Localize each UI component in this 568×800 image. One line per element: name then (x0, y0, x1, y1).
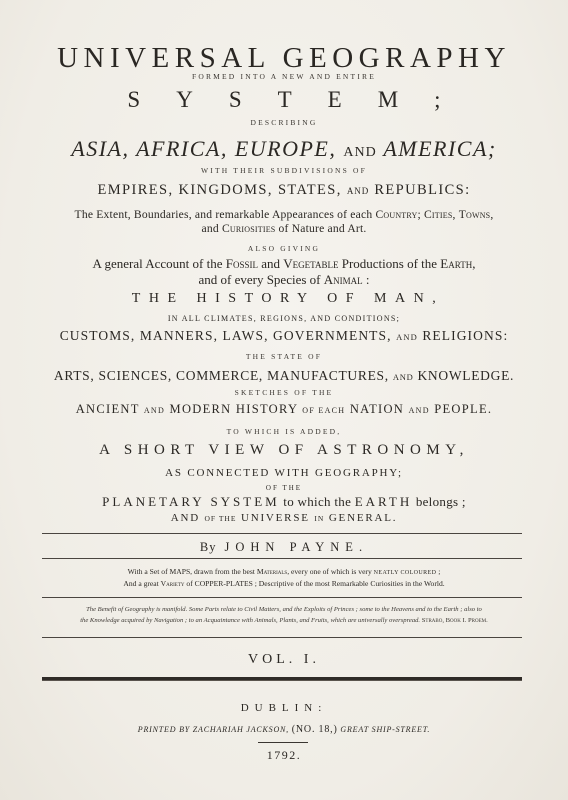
variety-word: Variety (161, 579, 185, 588)
author-line: ByJOHN PAYNE. (0, 540, 568, 555)
astronomy-line: A SHORT VIEW OF ASTRONOMY, (0, 442, 568, 459)
africa: AFRICA, (136, 136, 228, 161)
printer-line: Printed by Zachariah Jackson, (No. 18,) … (0, 724, 568, 735)
citation: Strabo, Book I. Proem. (422, 617, 488, 624)
arts-end: KNOWLEDGE. (417, 368, 514, 383)
asia: ASIA, (71, 136, 129, 161)
climates-line: in all climates, regions, and conditions… (0, 314, 568, 323)
animal-word: Animal (324, 272, 363, 287)
earth-word: EARTH (355, 494, 413, 509)
formed-line: Formed into a new and entire (0, 72, 568, 81)
and-word: AND (171, 512, 200, 524)
connected-line: AS CONNECTED WITH GEOGRAPHY; (0, 467, 568, 479)
in-word: IN (314, 514, 324, 523)
subdivisions-line: with their subdivisions of (0, 166, 568, 175)
and-word: AND (144, 406, 165, 415)
epigraph-line-2: the Knowledge acquired by Navigation ; t… (0, 616, 568, 626)
ancient-word: ANCIENT (76, 402, 140, 416)
divider-rule (42, 533, 522, 534)
and-word: AND (409, 406, 430, 415)
planetary-line: PLANETARY SYSTEM to which the EARTH belo… (0, 494, 568, 510)
and-word: AND (343, 145, 376, 160)
text: With a Set of MAPS, drawn from the best (128, 567, 257, 576)
universe-word: UNIVERSE (241, 512, 310, 524)
extent-line-2: and Curiosities of Nature and Art. (0, 222, 568, 236)
sketches-line: sketches of the (0, 388, 568, 397)
modern-history-words: MODERN HISTORY (170, 402, 298, 416)
title-page: UNIVERSAL GEOGRAPHY Formed into a new an… (0, 0, 568, 800)
and-word: AND (393, 372, 414, 382)
printer-name: Printed by Zachariah Jackson, (138, 725, 292, 734)
general-word: GENERAL. (329, 512, 397, 524)
state-of-line: the state of (0, 352, 568, 361)
text: The Extent, Boundaries, and remarkable A… (75, 208, 373, 221)
customs-end: RELIGIONS: (422, 328, 508, 343)
year-line: 1792. (0, 748, 568, 763)
and-word: AND (347, 186, 370, 196)
describing-line: Describing (0, 118, 568, 127)
america: AMERICA; (383, 136, 496, 161)
history-of-man-line: THE HISTORY OF MAN, (0, 291, 568, 307)
general-account-line-1: A general Account of the Fossil and Vege… (0, 256, 568, 272)
to-which-added-line: to which is added, (0, 427, 568, 436)
by-word: By (200, 540, 217, 554)
cities-word: Cities (424, 208, 452, 221)
towns-word: Towns (459, 208, 491, 221)
vegetable-word: Vegetable (283, 256, 338, 271)
text: , (472, 256, 475, 271)
customs-main: CUSTOMS, MANNERS, LAWS, GOVERNMENTS, (60, 328, 392, 343)
text: belongs ; (412, 494, 466, 509)
empires-line: EMPIRES, KINGDOMS, STATES, AND REPUBLICS… (0, 182, 568, 199)
fossil-word: Fossil (226, 256, 258, 271)
of-each-words: OF EACH (302, 406, 345, 415)
empires-main: EMPIRES, KINGDOMS, STATES, (97, 182, 341, 198)
text: And a great (123, 579, 160, 588)
planetary-system-words: PLANETARY SYSTEM (102, 494, 280, 509)
empires-end: REPUBLICS: (374, 182, 470, 198)
text: of COPPER-PLATES ; Descriptive of the mo… (185, 579, 445, 588)
arts-main: ARTS, SCIENCES, COMMERCE, MANUFACTURES, (54, 368, 389, 383)
continents-line: ASIA, AFRICA, EUROPE, AND AMERICA; (0, 136, 568, 162)
text: of Nature and Art. (275, 222, 366, 235)
epigraph-line-1: The Benefit of Geography is manifold. So… (0, 605, 568, 615)
neatly-coloured-words: neatly coloured (374, 570, 437, 576)
text: the Knowledge acquired by Navigation ; t… (80, 617, 422, 624)
nation-word: NATION (350, 402, 404, 416)
earth-word: Earth (440, 256, 472, 271)
text: to which the (280, 494, 355, 509)
printer-number: (No. 18,) (292, 724, 338, 735)
text: and of every Species of (198, 272, 323, 287)
text: A general Account of the (93, 256, 226, 271)
customs-line: CUSTOMS, MANNERS, LAWS, GOVERNMENTS, AND… (0, 328, 568, 344)
city-line: DUBLIN: (0, 702, 568, 714)
of-the-line: OF THE (0, 484, 568, 492)
arts-line: ARTS, SCIENCES, COMMERCE, MANUFACTURES, … (0, 368, 568, 384)
text: ; (436, 567, 440, 576)
europe: EUROPE, (235, 136, 337, 161)
country-word: Country (375, 208, 417, 221)
divider-rule (42, 558, 522, 559)
general-account-line-2: and of every Species of Animal : (0, 272, 568, 288)
people-word: PEOPLE. (434, 402, 492, 416)
also-giving-line: also giving (0, 244, 568, 253)
materials-word: Materials (257, 567, 287, 576)
short-rule (258, 742, 308, 743)
universe-line: AND OF THE UNIVERSE IN GENERAL. (0, 512, 568, 524)
text: : (363, 272, 370, 287)
main-title: UNIVERSAL GEOGRAPHY (0, 42, 568, 75)
printer-street: Great Ship-Street. (338, 725, 431, 734)
text: , every one of which is very (287, 567, 373, 576)
text: Productions of the (338, 256, 440, 271)
divider-rule (42, 637, 522, 638)
of-the-words: OF THE (205, 514, 237, 523)
system-line: SYSTEM; (0, 87, 568, 113)
ancient-modern-line: ANCIENT AND MODERN HISTORY OF EACH NATIO… (0, 402, 568, 417)
extent-line-1: The Extent, Boundaries, and remarkable A… (0, 208, 568, 222)
divider-rule (42, 680, 522, 681)
text: and (258, 256, 283, 271)
divider-rule (42, 597, 522, 598)
maps-line-2: And a great Variety of COPPER-PLATES ; D… (0, 578, 568, 589)
author-name: JOHN PAYNE. (225, 540, 369, 554)
and-word: AND (396, 332, 418, 342)
text: and (201, 222, 221, 235)
volume-label: VOL. I. (0, 652, 568, 668)
text: , (490, 208, 493, 221)
curiosities-word: Curiosities (222, 222, 276, 235)
